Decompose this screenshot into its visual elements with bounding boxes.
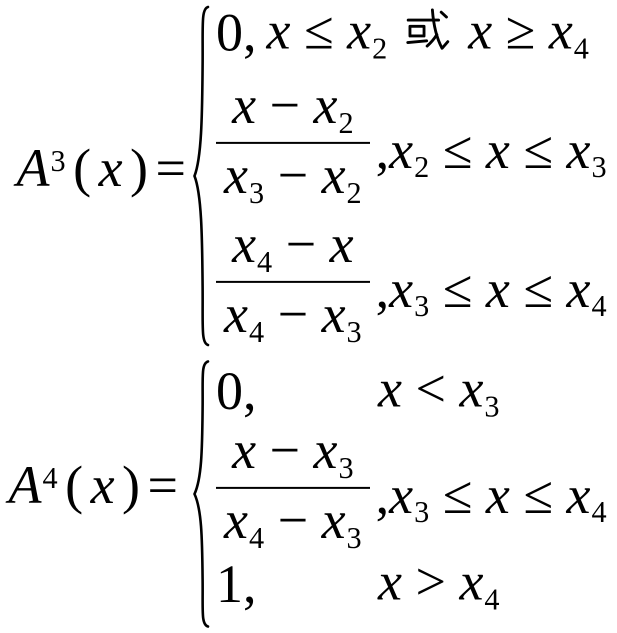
case-row: 0, x < x3 <box>216 360 257 422</box>
case-condition: ,x2 ≤ x ≤ x3 <box>376 119 607 186</box>
fraction-numerator: x − x2 <box>224 74 362 142</box>
case-value: 0, <box>216 2 257 64</box>
case-row: 0, x ≤ x2 x ≥ x4 <box>216 0 589 66</box>
case-row: x4 − x x4 − x3 ,x3 ≤ x ≤ x4 <box>216 213 607 351</box>
case-row: x − x2 x3 − x2 ,x2 ≤ x ≤ x3 <box>216 74 607 212</box>
case-row: 1, x > x4 <box>216 553 257 615</box>
case-condition: ,x3 ≤ x ≤ x4 <box>376 258 607 325</box>
case-value: 1, <box>216 553 257 615</box>
fraction-denominator: x4 − x3 <box>216 281 370 351</box>
equation-a4-label: A4 ( x ) = <box>0 454 178 516</box>
case-value: 0, <box>216 360 257 422</box>
case-condition: ,x3 ≤ x ≤ x4 <box>376 464 607 531</box>
fraction-numerator: x4 − x <box>224 213 362 281</box>
fraction-numerator: x − x3 <box>224 419 362 487</box>
fraction-denominator: x4 − x3 <box>216 487 370 557</box>
case-condition: x > x4 <box>378 551 500 618</box>
fraction-denominator: x3 − x2 <box>216 142 370 212</box>
fraction: x − x3 x4 − x3 <box>216 419 370 557</box>
equation-a3: A3 ( x ) = 0, x ≤ x2 x ≥ x4 x − x2 x3 − … <box>0 0 617 352</box>
chinese-or-character <box>406 8 450 54</box>
formula-figure: A3 ( x ) = 0, x ≤ x2 x ≥ x4 x − x2 x3 − … <box>0 0 617 633</box>
left-brace-icon <box>191 4 211 348</box>
case-condition: x ≤ x2 x ≥ x4 <box>267 0 589 66</box>
equation-a4: A4 ( x ) = 0, x < x3 x − x3 x4 − x3 ,x3 … <box>0 355 617 633</box>
case-condition: x < x3 <box>378 358 500 425</box>
fraction: x4 − x x4 − x3 <box>216 213 370 351</box>
equation-a3-label: A3 ( x ) = <box>0 137 186 199</box>
fraction: x − x2 x3 − x2 <box>216 74 370 212</box>
case-row: x − x3 x4 − x3 ,x3 ≤ x ≤ x4 <box>216 419 607 557</box>
left-brace-icon <box>191 359 211 629</box>
